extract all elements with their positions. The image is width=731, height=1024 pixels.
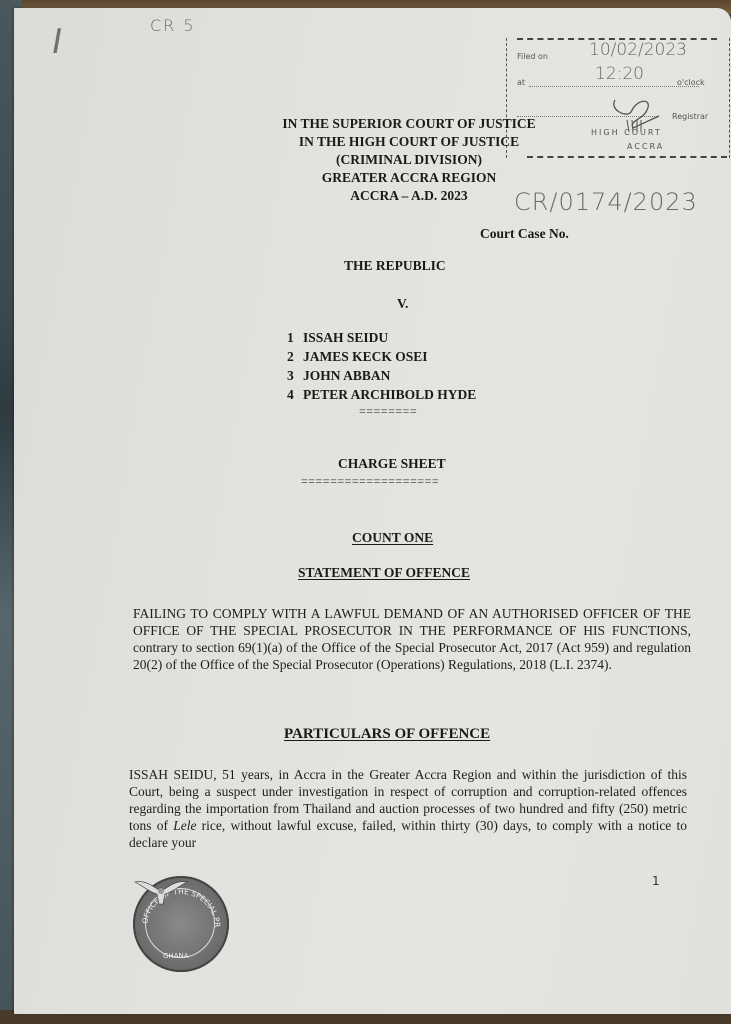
court-header-line: GREATER ACCRA REGION [209, 169, 609, 187]
stamp-filed-on-label: Filed on [517, 52, 548, 61]
stamp-at-label: at [517, 78, 525, 87]
charge-sheet-title: CHARGE SHEET [338, 456, 446, 472]
accused-item: 1ISSAH SEIDU [287, 328, 476, 347]
parties-divider: ======== [359, 404, 417, 419]
handwritten-tally-mark: I [48, 22, 65, 62]
court-header-line: (CRIMINAL DIVISION) [209, 151, 609, 169]
seal-text-bottom: GHANA [163, 952, 189, 960]
stamp-filed-date: 10/02/2023 [589, 40, 687, 60]
statement-heading: STATEMENT OF OFFENCE [298, 565, 470, 581]
count-heading: COUNT ONE [352, 530, 433, 546]
stamp-registrar-label: Registrar [672, 112, 708, 121]
charge-sheet-divider: =================== [301, 474, 439, 489]
court-header-line: IN THE SUPERIOR COURT OF JUSTICE [209, 115, 609, 133]
stamp-time-suffix: o'clock [677, 78, 705, 87]
accused-list: 1ISSAH SEIDU 2JAMES KECK OSEI 3JOHN ABBA… [287, 328, 476, 404]
prosecution-party: THE REPUBLIC [344, 258, 446, 274]
accused-item: 2JAMES KECK OSEI [287, 347, 476, 366]
handwritten-file-ref: CR 5 [150, 16, 196, 35]
accused-item: 3JOHN ABBAN [287, 366, 476, 385]
statement-of-offence-text: FAILING TO COMPLY WITH A LAWFUL DEMAND O… [133, 605, 691, 673]
particulars-heading: PARTICULARS OF OFFENCE [284, 726, 490, 743]
owl-emblem-icon [133, 876, 189, 906]
page-number: 1 [652, 874, 660, 888]
stamp-location-label: ACCRA [627, 142, 664, 151]
court-header-line: IN THE HIGH COURT OF JUSTICE [209, 133, 609, 151]
stamp-filed-time: 12:20 [595, 64, 644, 84]
handwritten-case-number: CR/0174/2023 [514, 188, 698, 216]
document-page: I CR 5 Filed on 10/02/2023 at 12:20 o'cl… [14, 8, 731, 1014]
accused-item: 4PETER ARCHIBOLD HYDE [287, 385, 476, 404]
court-case-label: Court Case No. [480, 226, 569, 242]
office-seal: OFFICE OF THE SPECIAL PROSECUTOR GHANA [133, 876, 229, 972]
particulars-of-offence-text: ISSAH SEIDU, 51 years, in Accra in the G… [129, 766, 687, 851]
versus-label: V. [397, 296, 408, 312]
